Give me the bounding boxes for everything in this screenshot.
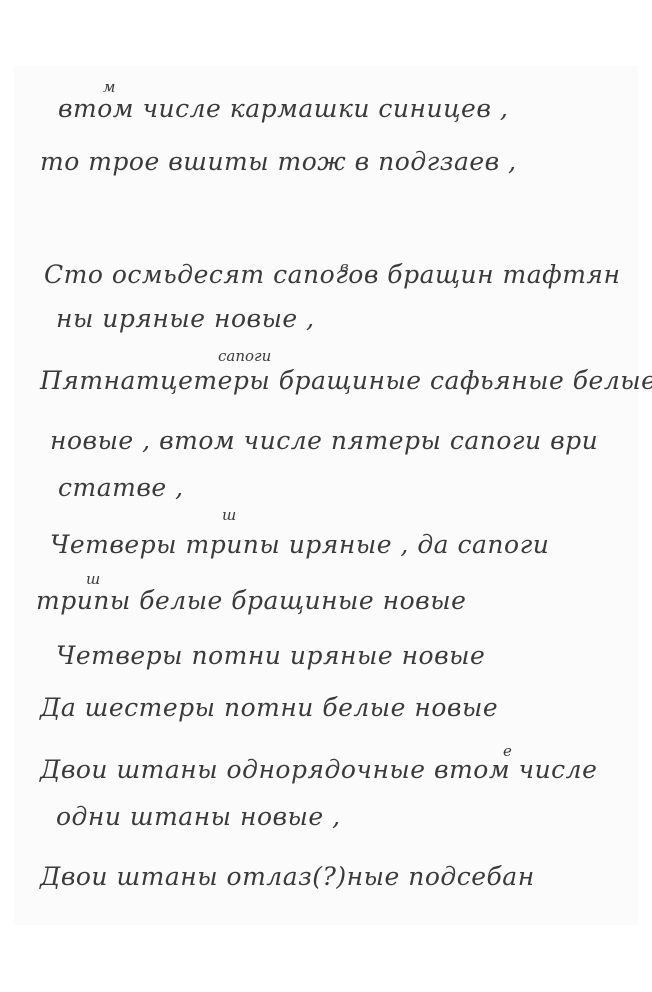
- superscript-letter: ш: [222, 506, 236, 524]
- manuscript-line: ны иряные новые ,: [56, 304, 315, 333]
- manuscript-line: Четверы трипы иряные , да сапоги: [50, 530, 549, 559]
- superscript-letter: сапоги: [218, 347, 271, 365]
- manuscript-line: втом числе кармашки синицев ,: [58, 94, 508, 123]
- manuscript-line: новые , втом числе пятеры сапоги ври: [50, 426, 598, 455]
- manuscript-line: трипы белые бращиные новые: [36, 586, 466, 615]
- superscript-letter: е: [503, 742, 512, 760]
- superscript-letter: м: [103, 78, 115, 96]
- manuscript-line: Двои штаны однорядочные втом числе: [40, 755, 597, 784]
- manuscript-line: Двои штаны отлаз(?)ные подсебан: [40, 862, 535, 891]
- manuscript-line: Сто осмьдесят сапогов бращин тафтян: [44, 260, 620, 289]
- manuscript-line: Четверы потни иряные новые: [56, 641, 485, 670]
- manuscript-line: одни штаны новые ,: [56, 802, 341, 831]
- manuscript-line: то трое вшиты тож в подгзаев ,: [40, 147, 517, 176]
- manuscript-line: Да шестеры потни белые новые: [40, 693, 498, 722]
- manuscript-line: статве ,: [58, 473, 184, 502]
- superscript-letter: ш: [86, 570, 100, 588]
- superscript-letter: в: [340, 258, 349, 276]
- manuscript-line: Пятнатцетеры бращиные сафьяные белые: [40, 366, 652, 395]
